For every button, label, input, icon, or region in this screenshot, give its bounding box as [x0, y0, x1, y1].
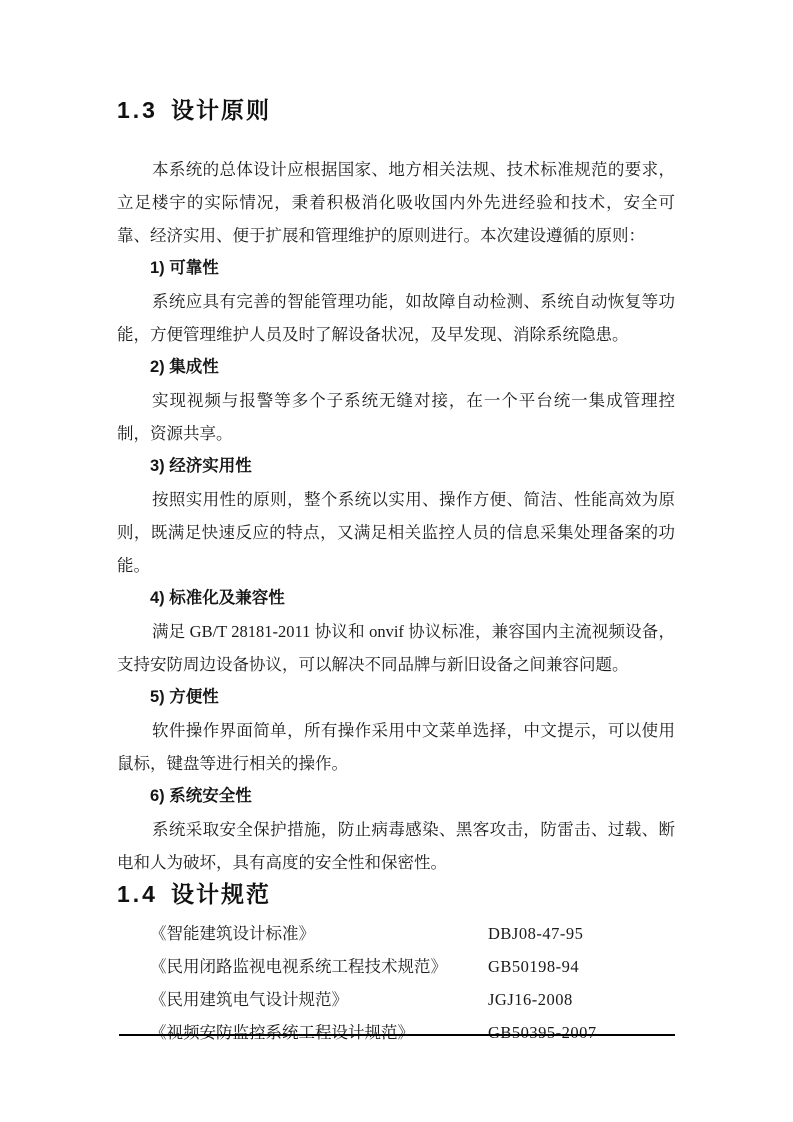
principle-body: 系统采取安全保护措施，防止病毒感染、黑客攻击，防雷击、过载、断电和人为破坏，具有…: [117, 813, 675, 879]
standard-row: 《视频安防监控系统工程设计规范》 GB50395-2007: [117, 1016, 675, 1049]
page-content: 1.3设计原则 本系统的总体设计应根据国家、地方相关法规、技术标准规范的要求，立…: [0, 0, 793, 1049]
standard-name: 《视频安防监控系统工程设计规范》: [150, 1016, 488, 1049]
section-heading-design-standards: 1.4设计规范: [117, 879, 675, 909]
principle-item-reliability: 1) 可靠性 系统应具有完善的智能管理功能，如故障自动检测、系统自动恢复等功能，…: [117, 252, 675, 351]
principle-item-security: 6) 系统安全性 系统采取安全保护措施，防止病毒感染、黑客攻击，防雷击、过载、断…: [117, 780, 675, 879]
principle-body: 系统应具有完善的智能管理功能，如故障自动检测、系统自动恢复等功能，方便管理维护人…: [117, 285, 675, 351]
principle-item-integration: 2) 集成性 实现视频与报警等多个子系统无缝对接，在一个平台统一集成管理控制，资…: [117, 351, 675, 450]
principle-body: 软件操作界面简单，所有操作采用中文菜单选择，中文提示，可以使用鼠标，键盘等进行相…: [117, 714, 675, 780]
standard-name: 《民用建筑电气设计规范》: [150, 983, 488, 1016]
standards-list: 《智能建筑设计标准》 DBJ08-47-95 《民用闭路监视电视系统工程技术规范…: [117, 917, 675, 1049]
principle-label: 6) 系统安全性: [117, 780, 675, 813]
document-page: 1.3设计原则 本系统的总体设计应根据国家、地方相关法规、技术标准规范的要求，立…: [0, 0, 793, 1122]
principle-item-standardization: 4) 标准化及兼容性 满足 GB/T 28181-2011 协议和 onvif …: [117, 582, 675, 681]
standard-row: 《民用建筑电气设计规范》 JGJ16-2008: [117, 983, 675, 1016]
standard-code: DBJ08-47-95: [488, 917, 583, 950]
principle-item-convenience: 5) 方便性 软件操作界面简单，所有操作采用中文菜单选择，中文提示，可以使用鼠标…: [117, 681, 675, 780]
principle-label: 1) 可靠性: [117, 252, 675, 285]
heading-title: 设计规范: [171, 881, 271, 907]
principle-label: 2) 集成性: [117, 351, 675, 384]
standard-row: 《智能建筑设计标准》 DBJ08-47-95: [117, 917, 675, 950]
principle-body: 实现视频与报警等多个子系统无缝对接，在一个平台统一集成管理控制，资源共享。: [117, 384, 675, 450]
heading-number: 1.3: [117, 97, 158, 123]
principle-label: 3) 经济实用性: [117, 450, 675, 483]
principle-body: 按照实用性的原则，整个系统以实用、操作方便、简洁、性能高效为原则，既满足快速反应…: [117, 483, 675, 582]
heading-number: 1.4: [117, 881, 158, 907]
principle-item-economy: 3) 经济实用性 按照实用性的原则，整个系统以实用、操作方便、简洁、性能高效为原…: [117, 450, 675, 582]
standard-row: 《民用闭路监视电视系统工程技术规范》 GB50198-94: [117, 950, 675, 983]
footer-separator-line: [119, 1034, 675, 1036]
standard-code: GB50198-94: [488, 950, 579, 983]
principle-label: 4) 标准化及兼容性: [117, 582, 675, 615]
principle-body: 满足 GB/T 28181-2011 协议和 onvif 协议标准，兼容国内主流…: [117, 615, 675, 681]
principle-label: 5) 方便性: [117, 681, 675, 714]
standard-code: GB50395-2007: [488, 1016, 597, 1049]
standard-name: 《民用闭路监视电视系统工程技术规范》: [150, 950, 488, 983]
section-heading-design-principles: 1.3设计原则: [117, 95, 675, 125]
intro-paragraph: 本系统的总体设计应根据国家、地方相关法规、技术标准规范的要求，立足楼宇的实际情况…: [117, 153, 675, 252]
heading-title: 设计原则: [171, 97, 271, 123]
standard-code: JGJ16-2008: [488, 983, 573, 1016]
standard-name: 《智能建筑设计标准》: [150, 917, 488, 950]
